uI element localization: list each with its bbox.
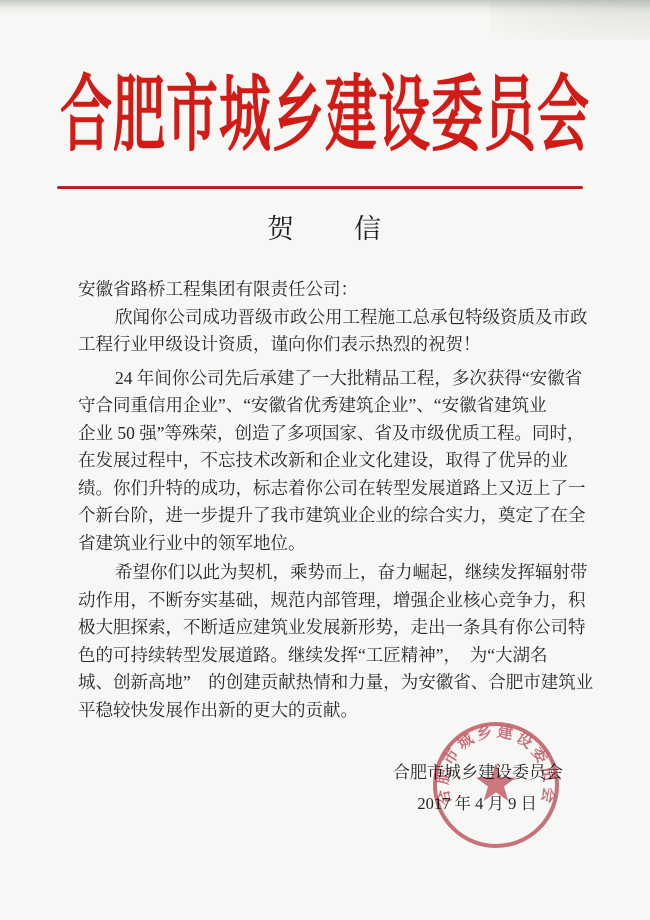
body-line: 绩。你们升特的成功，标志着你公司在转型发展道路上又迈上了一 xyxy=(78,475,584,503)
body-line: 极大胆探索，不断适应建筑业发展新形势，走出一条具有你公司特 xyxy=(78,614,584,642)
letterhead-title: 合肥市城乡建设委员会 xyxy=(0,76,650,159)
paragraph: 希望你们以此为契机，乘势而上，奋力崛起，继续发挥辐射带 动作用，不断夯实基础，规… xyxy=(78,559,584,724)
body-line: 色的可持续转型发展道路。继续发挥“工匠精神”， 为“大湖名 xyxy=(78,642,584,670)
body-line: 工程行业甲级设计资质，谨向你们表示热烈的祝贺！ xyxy=(78,331,584,359)
body-line: 希望你们以此为契机，乘势而上，奋力崛起，继续发挥辐射带 xyxy=(78,559,584,587)
seal-circle xyxy=(435,724,557,846)
body-line: 省建筑业行业中的领军地位。 xyxy=(78,530,584,558)
letter-body: 安徽省路桥工程集团有限责任公司： 欣闻你公司成功晋级市政公用工程施工总承包特级资… xyxy=(78,276,584,724)
salutation: 安徽省路桥工程集团有限责任公司： xyxy=(78,276,584,304)
signature-date: 2017 年 4 月 9 日 xyxy=(417,792,537,816)
body-line: 平稳较快发展作出新的更大的贡献。 xyxy=(78,697,584,725)
body-line: 动作用，不断夯实基础，规范内部管理，增强企业核心竞争力，积 xyxy=(78,587,584,615)
body-line: 个新台阶，进一步提升了我市建筑业企业的综合实力，奠定了在全 xyxy=(78,502,584,530)
body-line: 企业 50 强”等殊荣，创造了多项国家、省及市级优质工程。同时， xyxy=(78,420,584,448)
signature-org: 合肥市城乡建设委员会 xyxy=(393,761,563,785)
body-line: 在发展过程中，不忘技术改新和企业文化建设，取得了优异的业 xyxy=(78,447,584,475)
official-seal: 合肥市城乡建设委员会 xyxy=(429,718,563,852)
letter-page: 合肥市城乡建设委员会 贺 信 安徽省路桥工程集团有限责任公司： 欣闻你公司成功晋… xyxy=(0,0,650,920)
paragraph: 欣闻你公司成功晋级市政公用工程施工总承包特级资质及市政 工程行业甲级设计资质，谨… xyxy=(78,304,584,359)
body-line: 守合同重信用企业”、“安徽省优秀建筑企业”、“安徽省建筑业 xyxy=(78,392,584,420)
document-title: 贺 信 xyxy=(0,212,650,246)
body-line: 24 年间你公司先后承建了一大批精品工程，多次获得“安徽省 xyxy=(78,365,584,393)
paragraph: 24 年间你公司先后承建了一大批精品工程，多次获得“安徽省 守合同重信用企业”、… xyxy=(78,365,584,558)
body-line: 城、创新高地” 的创建贡献热情和力量，为安徽省、合肥市建筑业 xyxy=(78,669,584,697)
body-line: 欣闻你公司成功晋级市政公用工程施工总承包特级资质及市政 xyxy=(78,304,584,332)
letterhead-divider xyxy=(57,186,583,189)
